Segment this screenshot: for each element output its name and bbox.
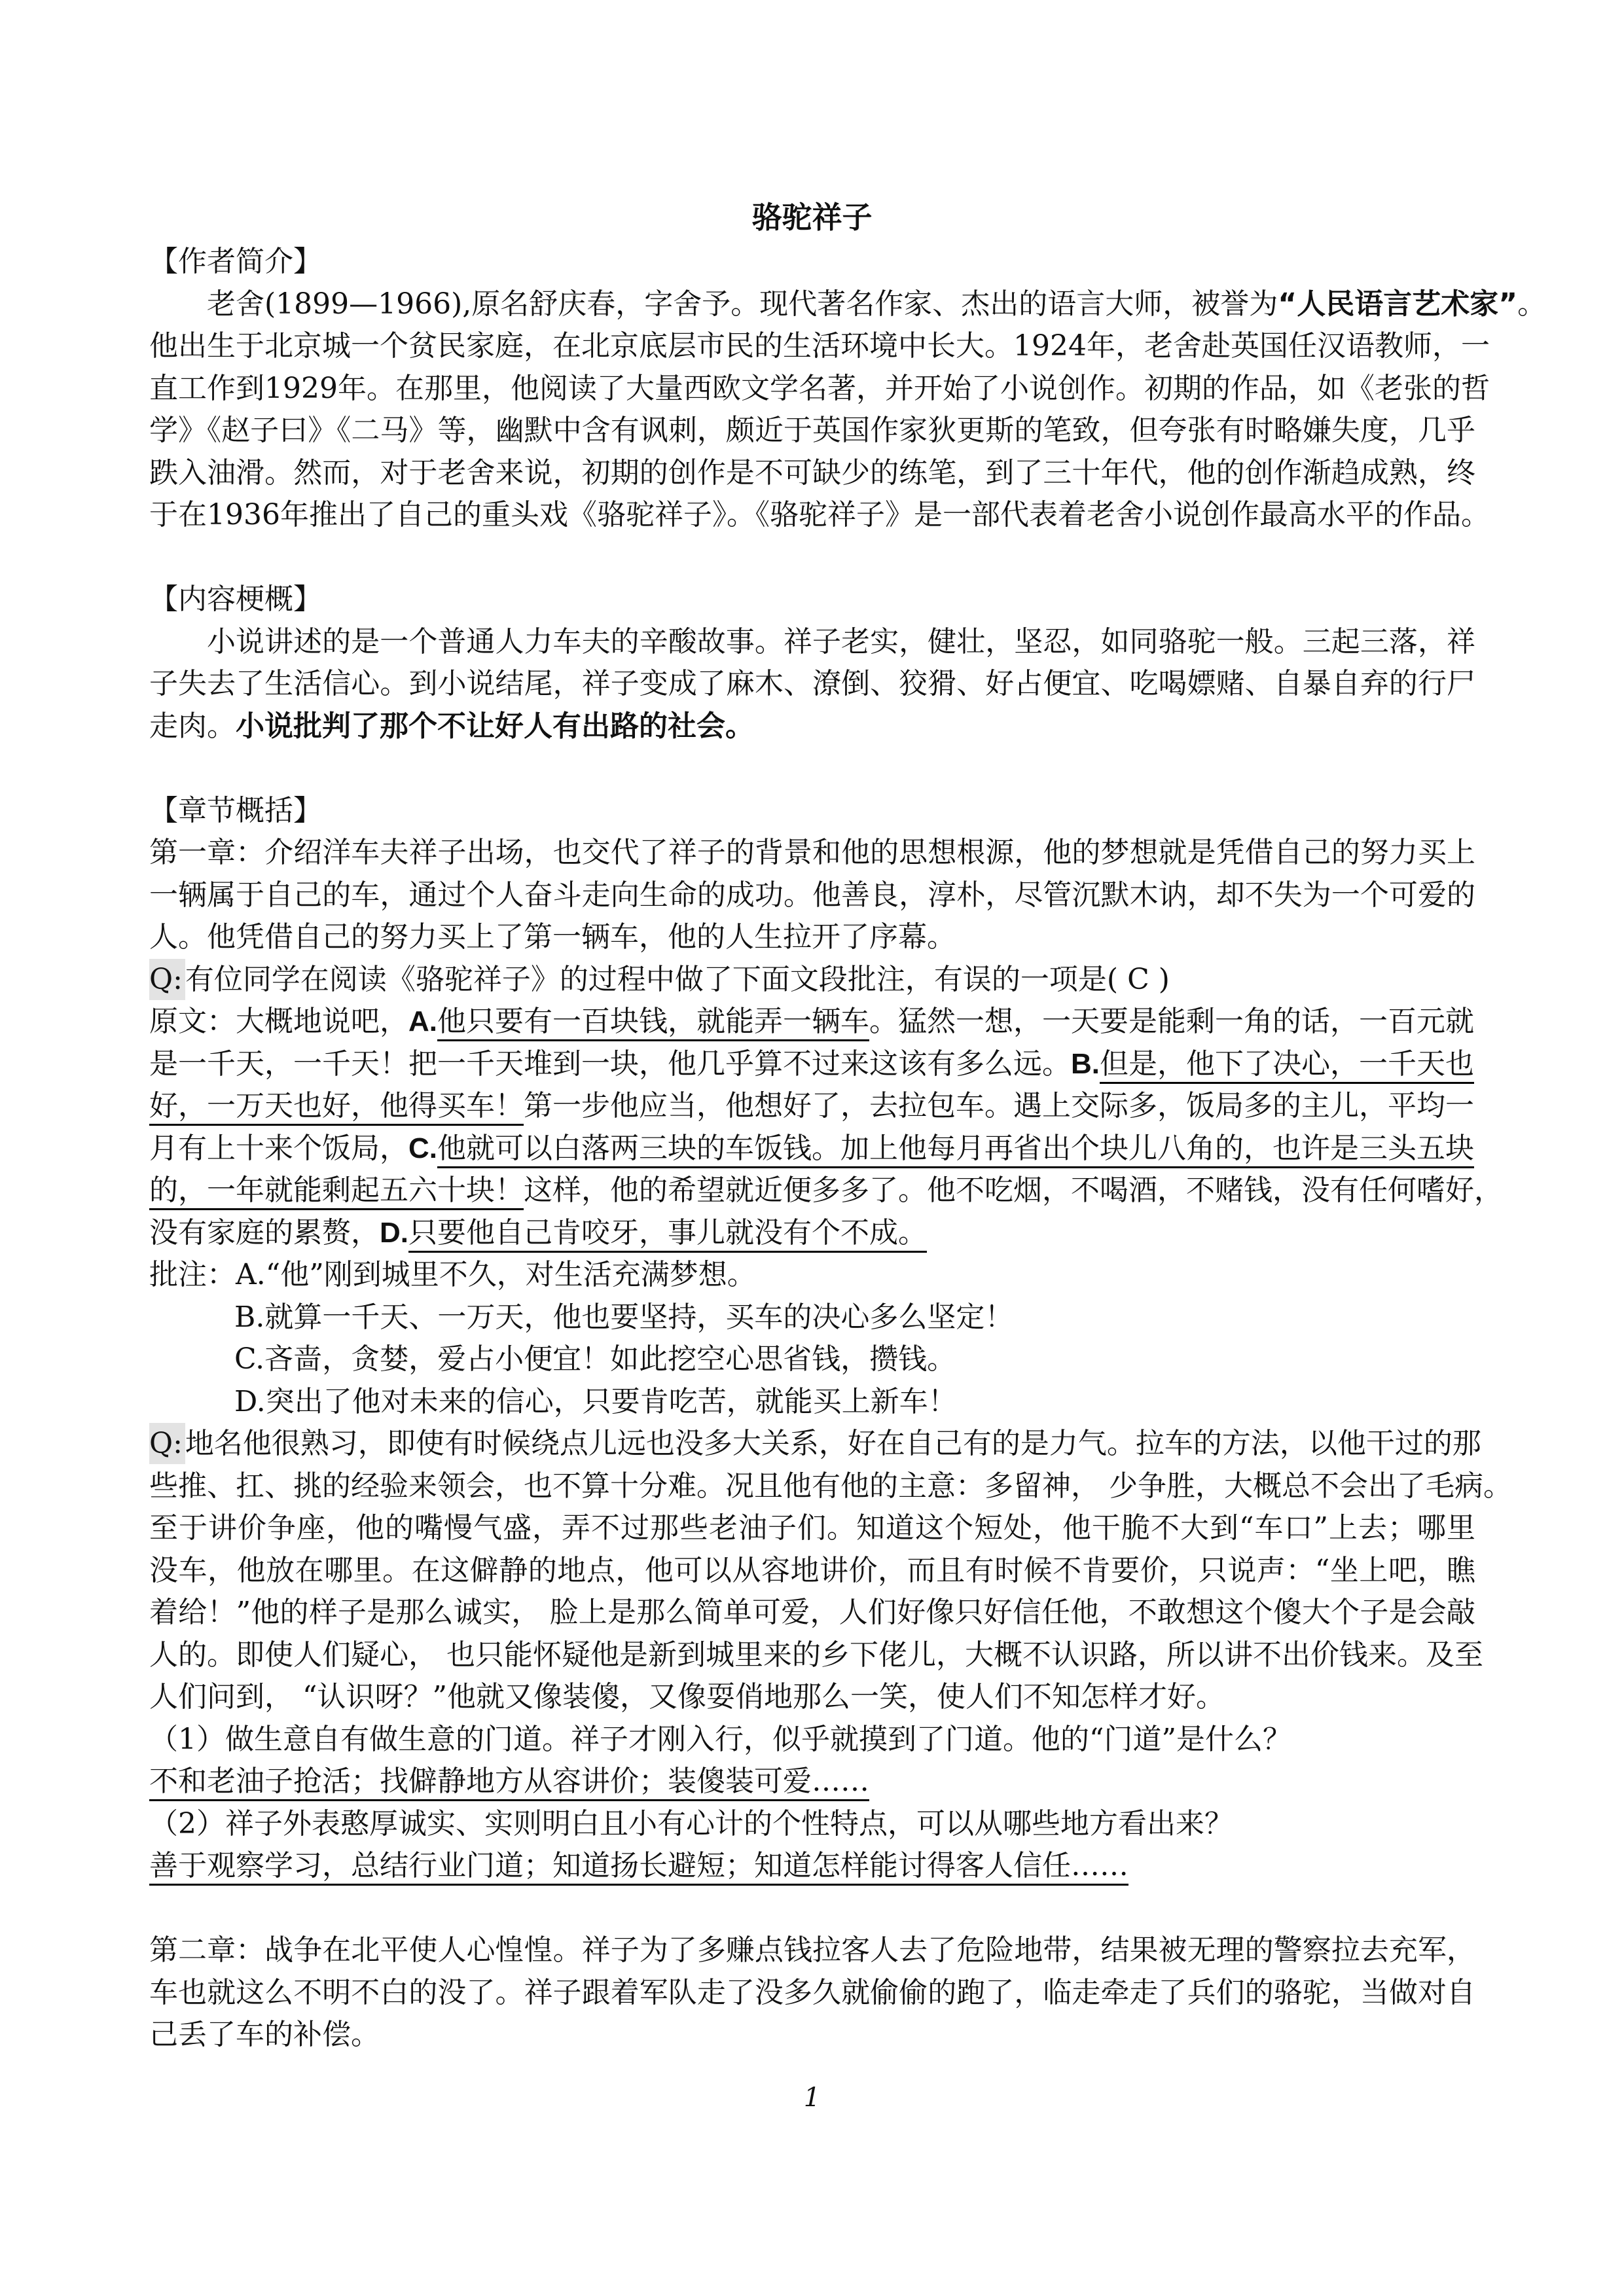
passage-line: 月有上十来个饭局，C.他就可以白落两三块的车饭钱。加上他每月再省出个块儿八角的，… [149, 1128, 1462, 1170]
passage-text: 月有上十来个饭局， [149, 1132, 408, 1165]
passage-line: 好，一万天也好，他得买车！第一步他应当，他想好了，去拉包车。遇上交际多，饭局多的… [149, 1085, 1462, 1128]
page-number: 1 [0, 2081, 1624, 2114]
q-label-highlight: Q: [149, 1423, 185, 1464]
chapter2-line: 第二章：战争在北平使人心惶惶。祥子为了多赚点钱拉客人去了危险地带，结果被无理的警… [149, 1929, 1475, 1972]
passage-text: 原文：大概地说吧， [149, 1005, 408, 1038]
sub-answer-2: 善于观察学习，总结行业门道；知道扬长避短；知道怎样能讨得客人信任…… [149, 1845, 1475, 1888]
author-line: 直工作到1929年。在那里，他阅读了大量西欧文学名著，并开始了小说创作。初期的作… [149, 368, 1475, 410]
author-line: 跌入油滑。然而，对于老舍来说，初期的创作是不可缺少的练笔，到了三十年代，他的创作… [149, 452, 1475, 495]
bold-conclusion: 小说批判了那个不让好人有出路的社会。 [236, 709, 754, 743]
section-heading-summary: 【内容梗概】 [149, 579, 1475, 621]
author-line: 他出生于北京城一个贫民家庭，在北京底层市民的生活环境中长大。1924年，老舍赴英… [149, 325, 1475, 368]
document-page: 骆驼祥子 【作者简介】 老舍(1899—1966),原名舒庆春，字舍予。现代著名… [0, 0, 1624, 2296]
author-line: 学》《赵子曰》《二马》等，幽默中含有讽刺，颇近于英国作家狄更斯的笔致，但夸张有时… [149, 410, 1475, 452]
chapter1-line: 一辆属于自己的车，通过个人奋斗走向生命的成功。他善良，淳朴，尽管沉默木讷，却不失… [149, 874, 1475, 917]
original-passage: 原文：大概地说吧，A.他只要有一百块钱，就能弄一辆车。猛然一想，一天要是能剩一角… [149, 1001, 1475, 1254]
answer-text: 不和老油子抢活；找僻静地方从容讲价；装傻装可爱…… [149, 1765, 869, 1801]
underlined-segment-c: 他就可以白落两三块的车饭钱。加上他每月再省出个块儿八角的，也许是三头五块 [437, 1132, 1474, 1168]
underlined-segment-c: 的，一年就能剩起五六十块！ [149, 1174, 524, 1210]
summary-text: 走肉。 [149, 709, 236, 743]
annotation-line: C.吝啬，贪婪，爱占小便宜！如此挖空心思省钱，攒钱。 [149, 1338, 1475, 1381]
question1-prompt: Q:有位同学在阅读《骆驼祥子》的过程中做了下面文段批注，有误的一项是( C ) [149, 959, 1475, 1001]
question2-line: Q:地名他很熟习，即使有时候绕点儿远也没多大关系，好在自己有的是力气。拉车的方法… [149, 1423, 1475, 1465]
passage-line: 原文：大概地说吧，A.他只要有一百块钱，就能弄一辆车。猛然一想，一天要是能剩一角… [149, 1001, 1462, 1043]
option-label-b: B. [1071, 1048, 1100, 1080]
underlined-segment-d: 只要他自己肯咬牙，事儿就没有个不成。 [408, 1216, 927, 1253]
annotation-a: A.“他”刚到城里不久，对生活充满梦想。 [236, 1258, 756, 1291]
page-title: 骆驼祥子 [0, 196, 1624, 238]
underlined-segment-b: 好，一万天也好，他得买车！ [149, 1089, 524, 1126]
author-line: 老舍(1899—1966),原名舒庆春，字舍予。现代著名作家、杰出的语言大师，被… [149, 283, 1475, 326]
question2-line: 人的。即使人们疑心， 也只能怀疑他是新到城里来的乡下佬儿，大概不认识路，所以讲不… [149, 1634, 1475, 1677]
option-label-d: D. [380, 1217, 408, 1249]
chapter1-line: 人。他凭借自己的努力买上了第一辆车，他的人生拉开了序幕。 [149, 916, 1475, 959]
passage-line: 的，一年就能剩起五六十块！这样，他的希望就近便多多了。他不吃烟，不喝酒，不赌钱，… [149, 1170, 1462, 1212]
passage-line: 是一千天，一千天！把一千天堆到一块，他几乎算不过来这该有多么远。B.但是，他下了… [149, 1043, 1462, 1086]
question2-line: 没车，他放在哪里。在这僻静的地点，他可以从容地讲价，而且有时候不肯要价，只说声：… [149, 1550, 1475, 1592]
underlined-segment-b: 但是，他下了决心，一千天也 [1100, 1047, 1474, 1084]
passage-text: 。猛然一想，一天要是能剩一角的话，一百元就 [869, 1005, 1474, 1038]
option-label-c: C. [408, 1132, 437, 1164]
period: 。 [1517, 287, 1546, 321]
summary-line: 走肉。小说批判了那个不让好人有出路的社会。 [149, 706, 1475, 748]
author-line: 于在1936年推出了自己的重头戏《骆驼祥子》。《骆驼祥子》是一部代表着老舍小说创… [149, 494, 1475, 537]
annotation-line: B.就算一千天、一万天，他也要坚持，买车的决心多么坚定！ [149, 1297, 1475, 1339]
underlined-segment-a: 他只要有一百块钱，就能弄一辆车 [437, 1005, 869, 1041]
chapter2-line: 车也就这么不明不白的没了。祥子跟着军队走了没多久就偷偷的跑了，临走牵走了兵们的骆… [149, 1972, 1475, 2015]
question2-line: 着给！”他的样子是那么诚实， 脸上是那么简单可爱，人们好像只好信任他，不敢想这个… [149, 1592, 1475, 1634]
annotation-label: 批注： [149, 1258, 236, 1291]
annotation-line: 批注：A.“他”刚到城里不久，对生活充满梦想。 [149, 1254, 1475, 1297]
question2-line: 人们问到， “认识呀？”他就又像装傻，又像耍俏地那么一笑，使人们不知怎样才好。 [149, 1676, 1475, 1719]
passage-text: 第一步他应当，他想好了，去拉包车。遇上交际多，饭局多的主儿，平均一 [524, 1089, 1474, 1122]
content-column: 【作者简介】 老舍(1899—1966),原名舒庆春，字舍予。现代著名作家、杰出… [149, 241, 1475, 2056]
section-heading-chapters: 【章节概括】 [149, 790, 1475, 833]
author-text: 老舍(1899—1966),原名舒庆春，字舍予。现代著名作家、杰出的语言大师，被… [207, 287, 1278, 321]
passage-text: 是一千天，一千天！把一千天堆到一块，他几乎算不过来这该有多么远。 [149, 1047, 1071, 1081]
answer-text: 善于观察学习，总结行业门道；知道扬长避短；知道怎样能讨得客人信任…… [149, 1849, 1128, 1886]
question2-line: 些推、扛、挑的经验来领会，也不算十分难。况且他有他的主意：多留神， 少争胜，大概… [149, 1465, 1475, 1508]
chapter2-line: 己丢了车的补偿。 [149, 2014, 1475, 2056]
paren-close: ) [1159, 963, 1170, 996]
section-heading-author: 【作者简介】 [149, 241, 1475, 283]
passage-line: 没有家庭的累赘，D.只要他自己肯咬牙，事儿就没有个不成。 [149, 1212, 1462, 1255]
chapter1-line: 第一章：介绍洋车夫祥子出场，也交代了祥子的背景和他的思想根源，他的梦想就是凭借自… [149, 832, 1475, 874]
question-text: 有位同学在阅读《骆驼祥子》的过程中做了下面文段批注，有误的一项是( [185, 963, 1118, 996]
bold-phrase: “人民语言艺术家” [1278, 287, 1517, 321]
question2-line: 至于讲价争座，他的嘴慢气盛，弄不过那些老油子们。知道这个短处，他干脆不大到“车口… [149, 1507, 1475, 1550]
summary-line: 小说讲述的是一个普通人力车夫的辛酸故事。祥子老实，健壮，坚忍，如同骆驼一般。三起… [149, 621, 1475, 664]
annotation-line: D.突出了他对未来的信心，只要肯吃苦，就能买上新车！ [149, 1381, 1475, 1424]
option-label-a: A. [408, 1005, 437, 1037]
spacer [149, 747, 1475, 790]
sub-question-2: （2）祥子外表憨厚诚实、实则明白且小有心计的个性特点，可以从哪些地方看出来？ [149, 1803, 1475, 1846]
summary-line: 子失去了生活信心。到小说结尾，祥子变成了麻木、潦倒、狡猾、好占便宜、吃喝嫖赌、自… [149, 663, 1475, 706]
q-label-highlight: Q: [149, 959, 185, 1000]
answer-choice: C [1118, 963, 1159, 996]
spacer [149, 1888, 1475, 1930]
sub-question-1: （1）做生意自有做生意的门道。祥子才刚入行，似乎就摸到了门道。他的“门道”是什么… [149, 1719, 1475, 1761]
passage-text: 这样，他的希望就近便多多了。他不吃烟，不喝酒，不赌钱，没有任何嗜好， [524, 1174, 1503, 1207]
passage-text: 没有家庭的累赘， [149, 1216, 380, 1249]
sub-answer-1: 不和老油子抢活；找僻静地方从容讲价；装傻装可爱…… [149, 1761, 1475, 1803]
spacer [149, 537, 1475, 579]
passage-text: 地名他很熟习，即使有时候绕点儿远也没多大关系，好在自己有的是力气。拉车的方法，以… [185, 1427, 1481, 1460]
